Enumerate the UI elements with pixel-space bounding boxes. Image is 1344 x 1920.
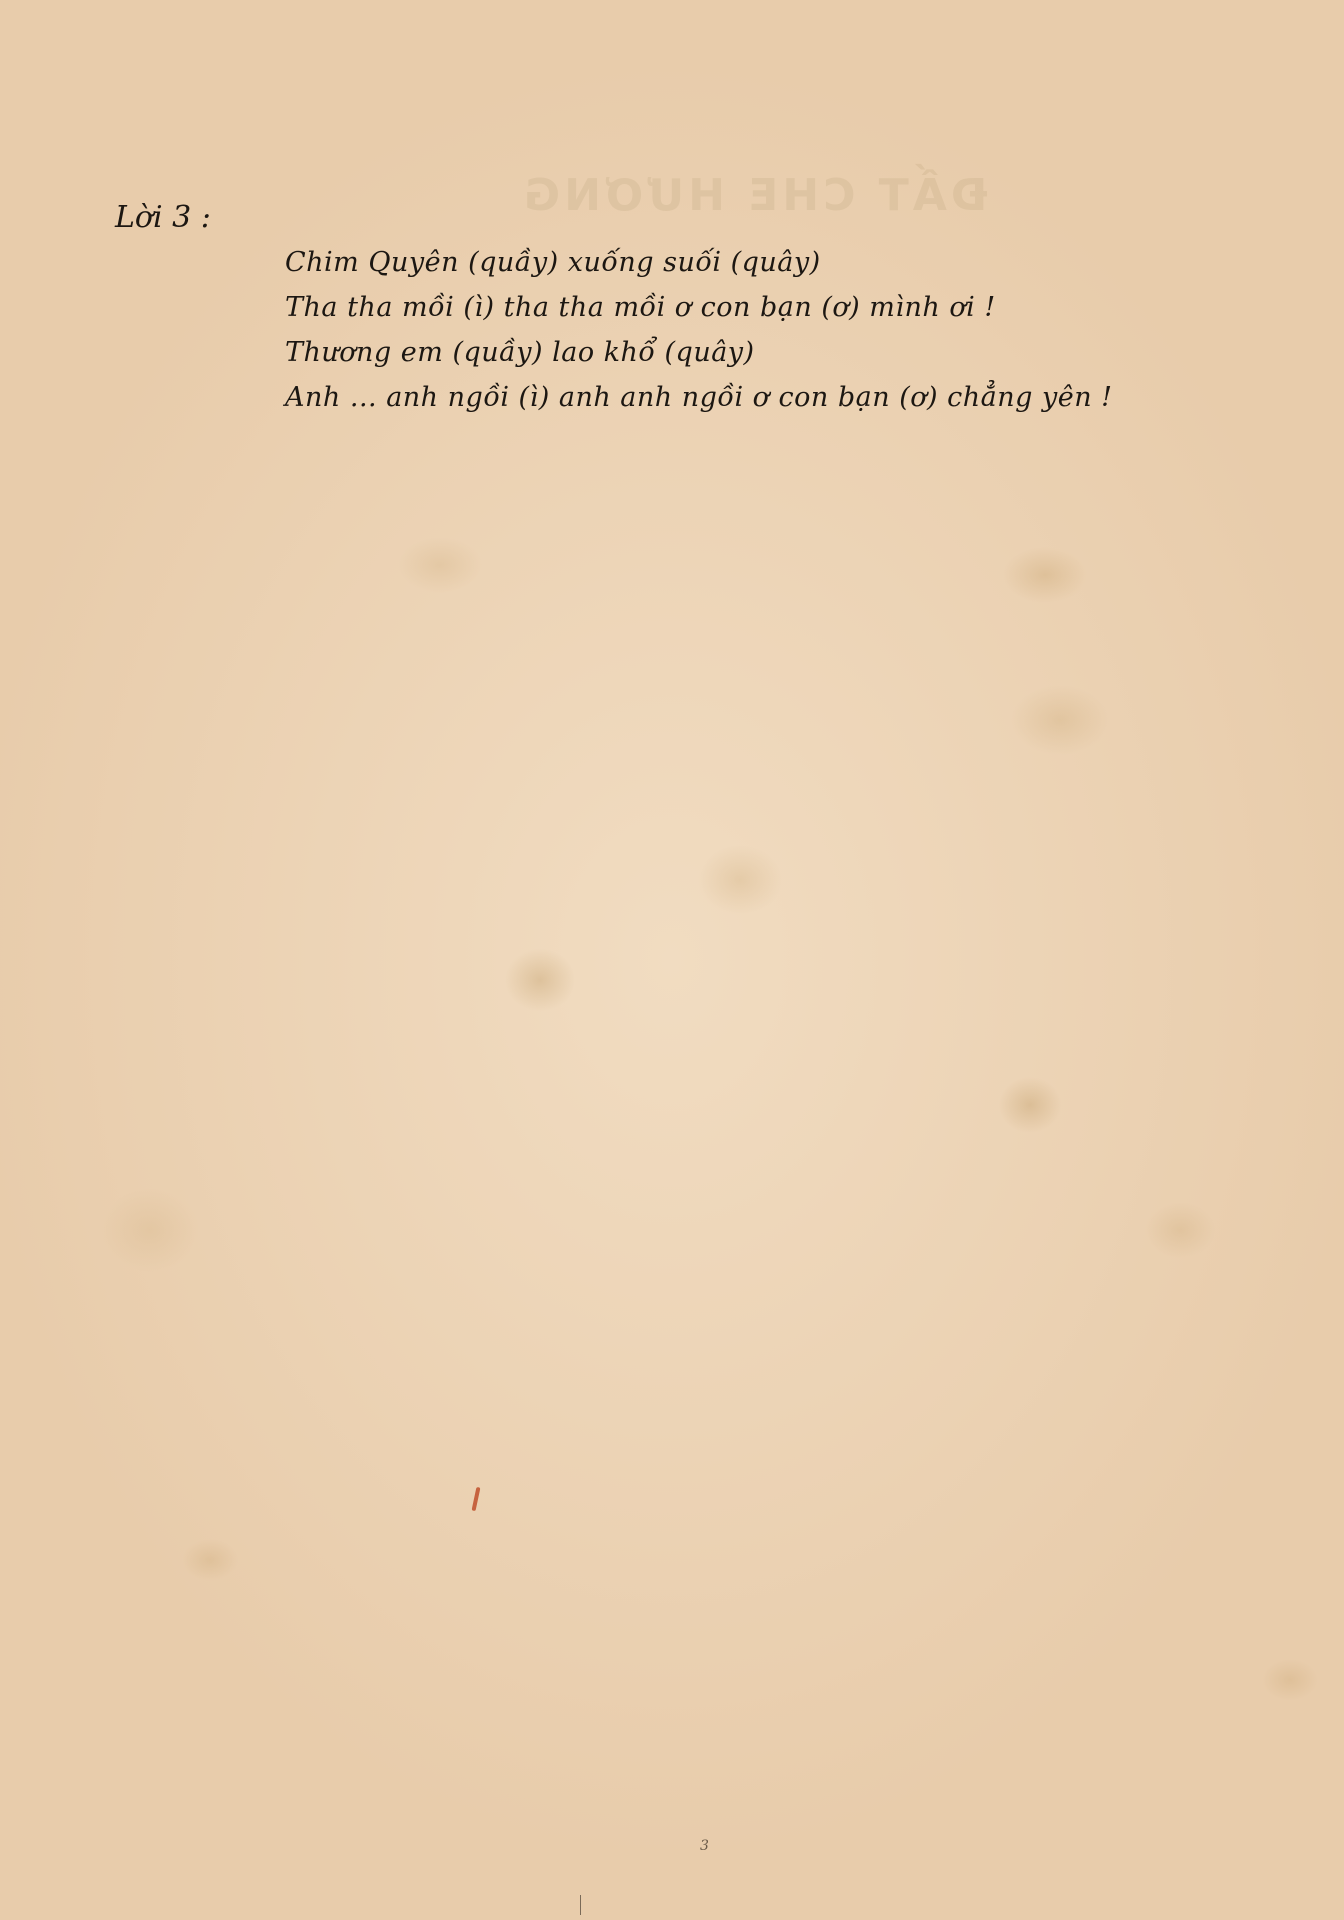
lyrics-verse: Chim Quyên (quầy) xuống suối (quây) Tha … — [285, 240, 1113, 420]
page-mark: 3 — [700, 1838, 709, 1854]
lyric-line: Tha tha mồi (ì) tha tha mồi ơ con bạn (ơ… — [285, 285, 1113, 330]
lyric-line: Anh ... anh ngồi (ì) anh anh ngồi ơ con … — [285, 375, 1113, 420]
show-through-text: ĐẤT CHE HƯƠNG — [520, 170, 988, 221]
verse-heading: Lời 3 : — [115, 200, 211, 235]
lyric-line: Thương em (quầy) lao khổ (quây) — [285, 330, 1113, 375]
lyric-line: Chim Quyên (quầy) xuống suối (quây) — [285, 240, 1113, 285]
bottom-tick-mark — [580, 1895, 581, 1915]
